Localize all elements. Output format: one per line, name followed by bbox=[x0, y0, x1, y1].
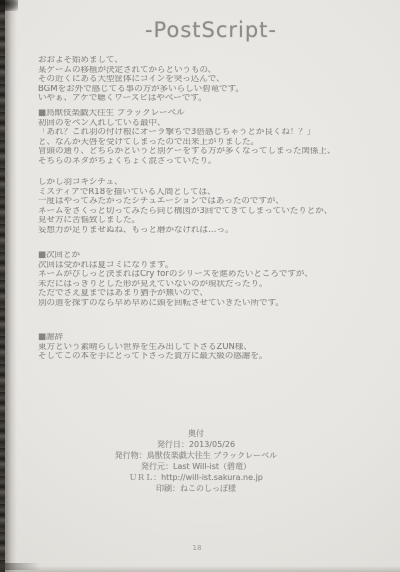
text-line: 冒頭の通り、どちらかというと別ゲーをする方が多くなってしまった関係上、 bbox=[38, 147, 336, 157]
page-title: -PostScript- bbox=[0, 18, 400, 42]
section-heading: ■次回とか bbox=[38, 251, 313, 261]
page-bottom-shade bbox=[0, 566, 400, 572]
text-line: BGMをお外で感じてる事の方が多いらしい碧竜です。 bbox=[38, 85, 244, 95]
afterword-next-section: ■次回とか 次回は受かれば夏コミになります。ネームがびしっと決まればCry fo… bbox=[38, 251, 313, 309]
text-line: そしてこの本を手にとって下さった貴方に最大級の感謝を。 bbox=[38, 352, 267, 362]
colophon-body: 発行日：2013/05/26発行物：鳥獣伎楽戯大往生 ブラックレーベル発行元：L… bbox=[0, 439, 392, 494]
text-line: 一度はやってみたかったシチュエーションではあったのですが、 bbox=[38, 197, 332, 207]
afterword-situation-paragraph: しかし羽コキシチュ、ミスティアでR18を描いている人間としては、一度はやってみた… bbox=[38, 178, 332, 236]
text-line: ネームをさくっと切ってみたら同じ構図が3回でてきてしまっていたりとか、 bbox=[38, 207, 332, 217]
text-line: と、なんか天啓を受けてしまったので出来上がりました。 bbox=[38, 138, 336, 148]
section-body: 初回のをペン入れしている最中、「あれ？これ羽の付け根にオーラ撃ちで3倍感じちゃう… bbox=[38, 119, 336, 167]
text-line: そちらのネタがちょくちょく混ざっていたり。 bbox=[38, 157, 336, 167]
text-line: その近くにある大型筐体にコインを突っ込んで、 bbox=[38, 75, 244, 85]
page-number: 18 bbox=[0, 544, 394, 552]
afterword-book-section: ■鳥獣伎楽戯大往生 ブラックレーベル 初回のをペン入れしている最中、「あれ？これ… bbox=[38, 109, 336, 167]
section-heading: ■謝辞 bbox=[38, 333, 267, 343]
scanned-page: -PostScript- おおよそ始めまして、某ゲームの移植が決定されてからとい… bbox=[0, 0, 400, 572]
text-line: 初回のをペン入れしている最中、 bbox=[38, 119, 336, 129]
text-line: 見せ方に苦悩致しました。 bbox=[38, 216, 332, 226]
text-line: ネームがびしっと決まればCry forのシリーズを進めたいところですが、 bbox=[38, 270, 313, 280]
text-line: いやぁ、アケで聴くワーズビはやべーです。 bbox=[38, 94, 244, 104]
text-line: 発行日：2013/05/26 bbox=[0, 439, 392, 450]
afterword-greeting-paragraph: おおよそ始めまして、某ゲームの移植が決定されてからというもの、その近くにある大型… bbox=[38, 56, 244, 104]
text-line: 印刷：ねこのしっぽ様 bbox=[0, 483, 392, 494]
text-line: ミスティアでR18を描いている人間としては、 bbox=[38, 188, 332, 198]
text-line: 別の道を探すのなら早め早めに頭を回転させていきたい所です。 bbox=[38, 299, 313, 309]
text-line: しかし羽コキシチュ、 bbox=[38, 178, 332, 188]
text-line: ＵＲＬ：http://will-ist.sakura.ne.jp bbox=[0, 472, 392, 483]
text-line: 発行物：鳥獣伎楽戯大往生 ブラックレーベル bbox=[0, 450, 392, 461]
text-line: 東方という素晴らしい世界を生み出して下さるZUN様、 bbox=[38, 343, 267, 353]
text-line: おおよそ始めまして、 bbox=[38, 56, 244, 66]
text-line: 発行元：Last Will-ist（碧竜） bbox=[0, 461, 392, 472]
text-line: 次回は受かれば夏コミになります。 bbox=[38, 261, 313, 271]
text-line: 未だにはっきりとした形が見えていないのが現状だったり。 bbox=[38, 280, 313, 290]
section-body: 東方という素晴らしい世界を生み出して下さるZUN様、そしてこの本を手にとって下さ… bbox=[38, 343, 267, 362]
section-body: 次回は受かれば夏コミになります。ネームがびしっと決まればCry forのシリーズ… bbox=[38, 261, 313, 309]
colophon: 奥付 発行日：2013/05/26発行物：鳥獣伎楽戯大往生 ブラックレーベル発行… bbox=[0, 428, 392, 494]
scan-corner-artifact bbox=[0, 0, 18, 11]
colophon-heading: 奥付 bbox=[0, 428, 392, 439]
text-line: 「あれ？これ羽の付け根にオーラ撃ちで3倍感じちゃうとか良くね！？」 bbox=[38, 128, 336, 138]
text-line: 妄想力が足りませぬね、もっと磨かなければ…っ。 bbox=[38, 226, 332, 236]
text-line: ただでさえ夏まではあまり猶予が無いので、 bbox=[38, 289, 313, 299]
afterword-thanks-section: ■謝辞 東方という素晴らしい世界を生み出して下さるZUN様、そしてこの本を手にと… bbox=[38, 333, 267, 362]
text-line: 某ゲームの移植が決定されてからというもの、 bbox=[38, 66, 244, 76]
section-heading: ■鳥獣伎楽戯大往生 ブラックレーベル bbox=[38, 109, 336, 119]
